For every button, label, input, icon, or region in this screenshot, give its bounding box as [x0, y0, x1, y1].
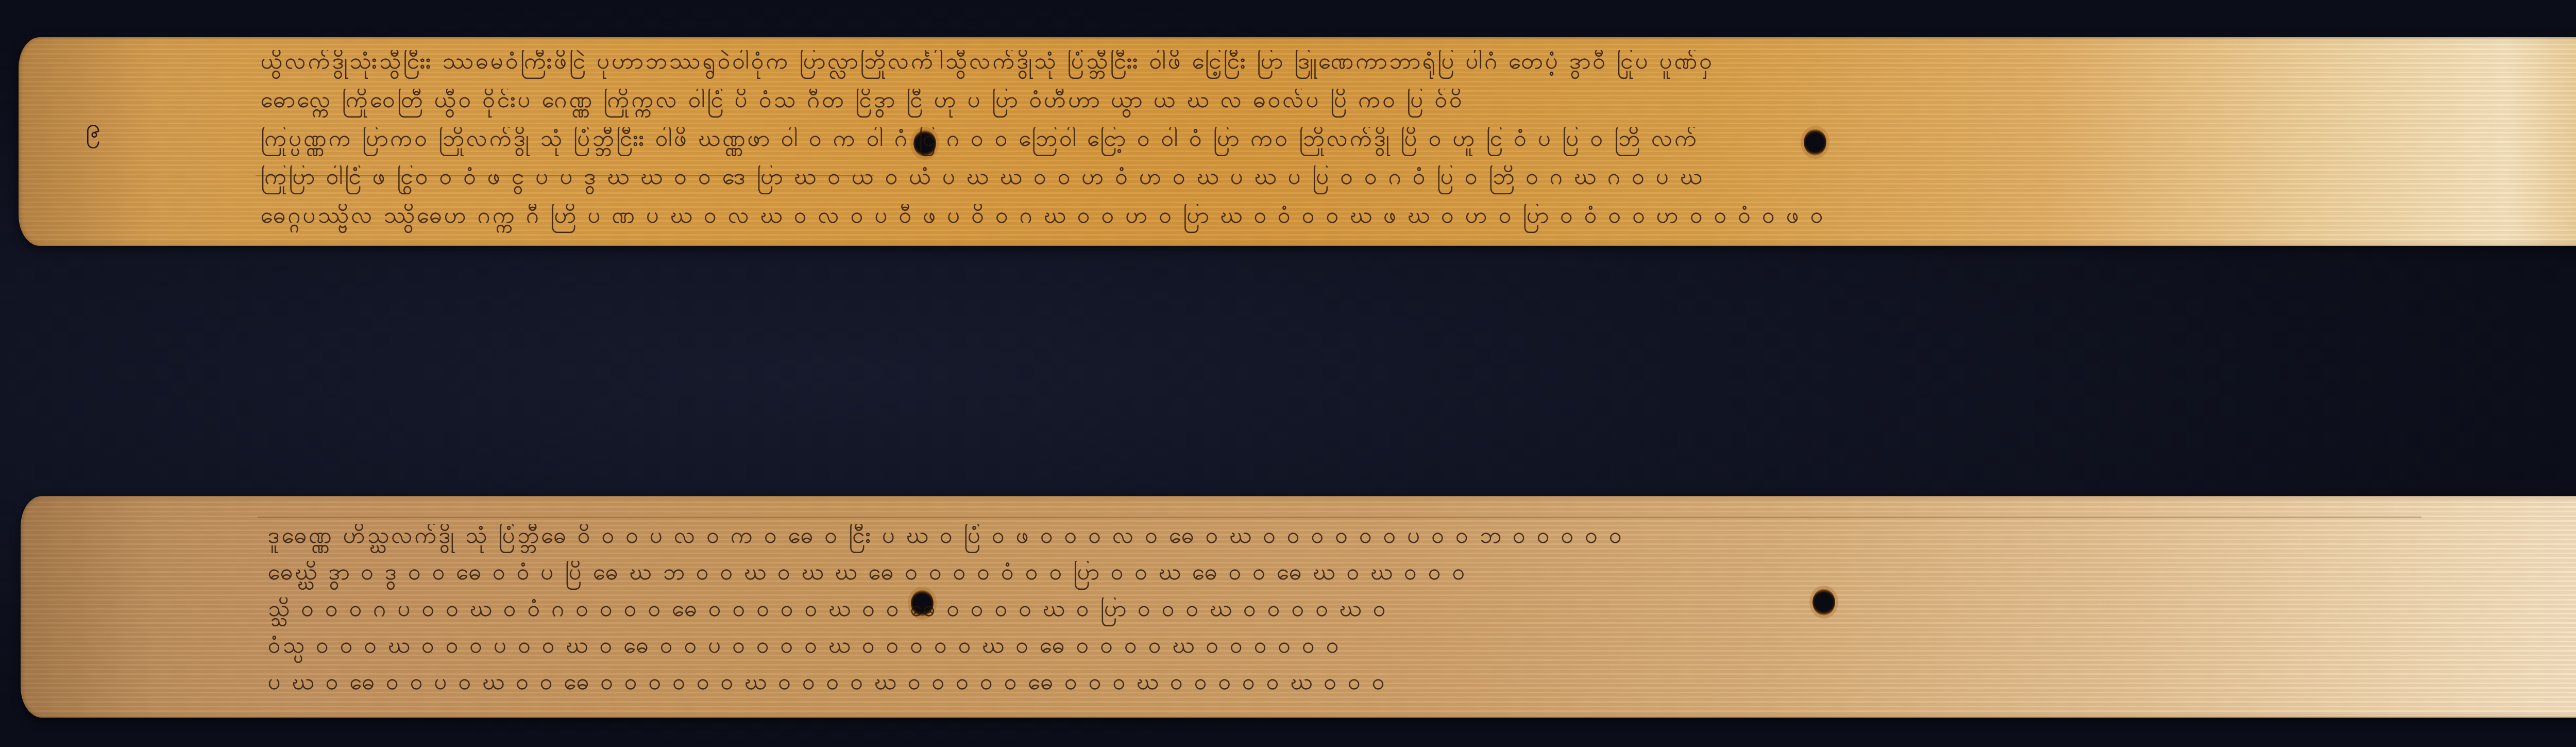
script-text-block: ဒူဓေဏ္ဏ ဟိသ္ဃလက်ဒွို သုံ ပြံဘ္ဘီဓေ ဝိ ဝ … [268, 524, 2391, 700]
script-line: ဒူဓေဏ္ဏ ဟိသ္ဃလက်ဒွို သုံ ပြံဘ္ဘီဓေ ဝိ ဝ … [268, 524, 2391, 553]
palm-leaf-folio-top: ၉ ယွိလက်ဒွိုသုံးသွီငြီးး ဿဓမဝံကြီးဖိငြဲ … [19, 37, 2576, 246]
manuscript-photo: ၉ ယွိလက်ဒွိုသုံးသွီငြီးး ဿဓမဝံကြီးဖိငြဲ … [0, 0, 2576, 747]
script-line: ဝံသ္ပ ဝ ဝ ဝ ဃ ဝ ဝ ဝ ပ ဝ ဝ ဃ ဝ ဓေ ဝ ဝ ပ ဝ… [268, 634, 2391, 663]
script-line: ဓောလ္ကေ ကြိုဝေတြီ ယွီဝ ဝိုင်းပ ဂေဏ္ဏ ကြိ… [261, 89, 2486, 118]
script-line: ယွိလက်ဒွိုသုံးသွီငြီးး ဿဓမဝံကြီးဖိငြဲ ပု… [261, 50, 2486, 79]
script-text-block: ယွိလက်ဒွိုသုံးသွီငြီးး ဿဓမဝံကြီးဖိငြဲ ပု… [261, 50, 2486, 233]
script-line: ပ ဃ ဝ ဓေ ဝ ဝ ပ ဝ ဃ ဝ ဝ ဓေ ဝ ဝ ဝ ဝ ဝ ဝ ဃ … [268, 671, 2391, 700]
script-line: သ္သိ ဝ ဝ ဝ ဂ ပ ဝ ဝ ဃ ဝ ဝံ ဂ ဝ ဝ ဝ ဝ ဓေ ဝ… [268, 597, 2391, 626]
script-line: ဓေဃ္ဃိ ဒွာ ဝ ဒွ ဝ ဝ ဓေ ဝ ဝံ ပ ပြိ ဓေ ဃ ဘ… [268, 561, 2391, 590]
folio-number-marker: ၉ [86, 114, 100, 141]
palm-leaf-folio-bottom: ဒူဓေဏ္ဏ ဟိသ္ဃလက်ဒွို သုံ ပြံဘ္ဘီဓေ ဝိ ဝ … [21, 496, 2576, 718]
leaf-shading [21, 496, 155, 718]
ruling-line [258, 517, 2421, 518]
script-line: ကြုပြာ ဝါငြံ ဖ ငြွဝ ဝ ဝံ ဖ ငွ ပ ပ ဒွ ဃ ဃ… [261, 165, 2486, 194]
script-line: ကြုပ္ပဏ္ဏက ပြာကဝ ဘြိုလက်ဒွို သုံ ပြံဘ္ဘီ… [261, 127, 2486, 156]
script-line: ဓေဂ္ဂပဿ္ဗိလ ဿွိဓေဟ ဂက္က ဂီ ဟြိ ပ ဏ ပ ဃ ဝ… [261, 204, 2486, 233]
